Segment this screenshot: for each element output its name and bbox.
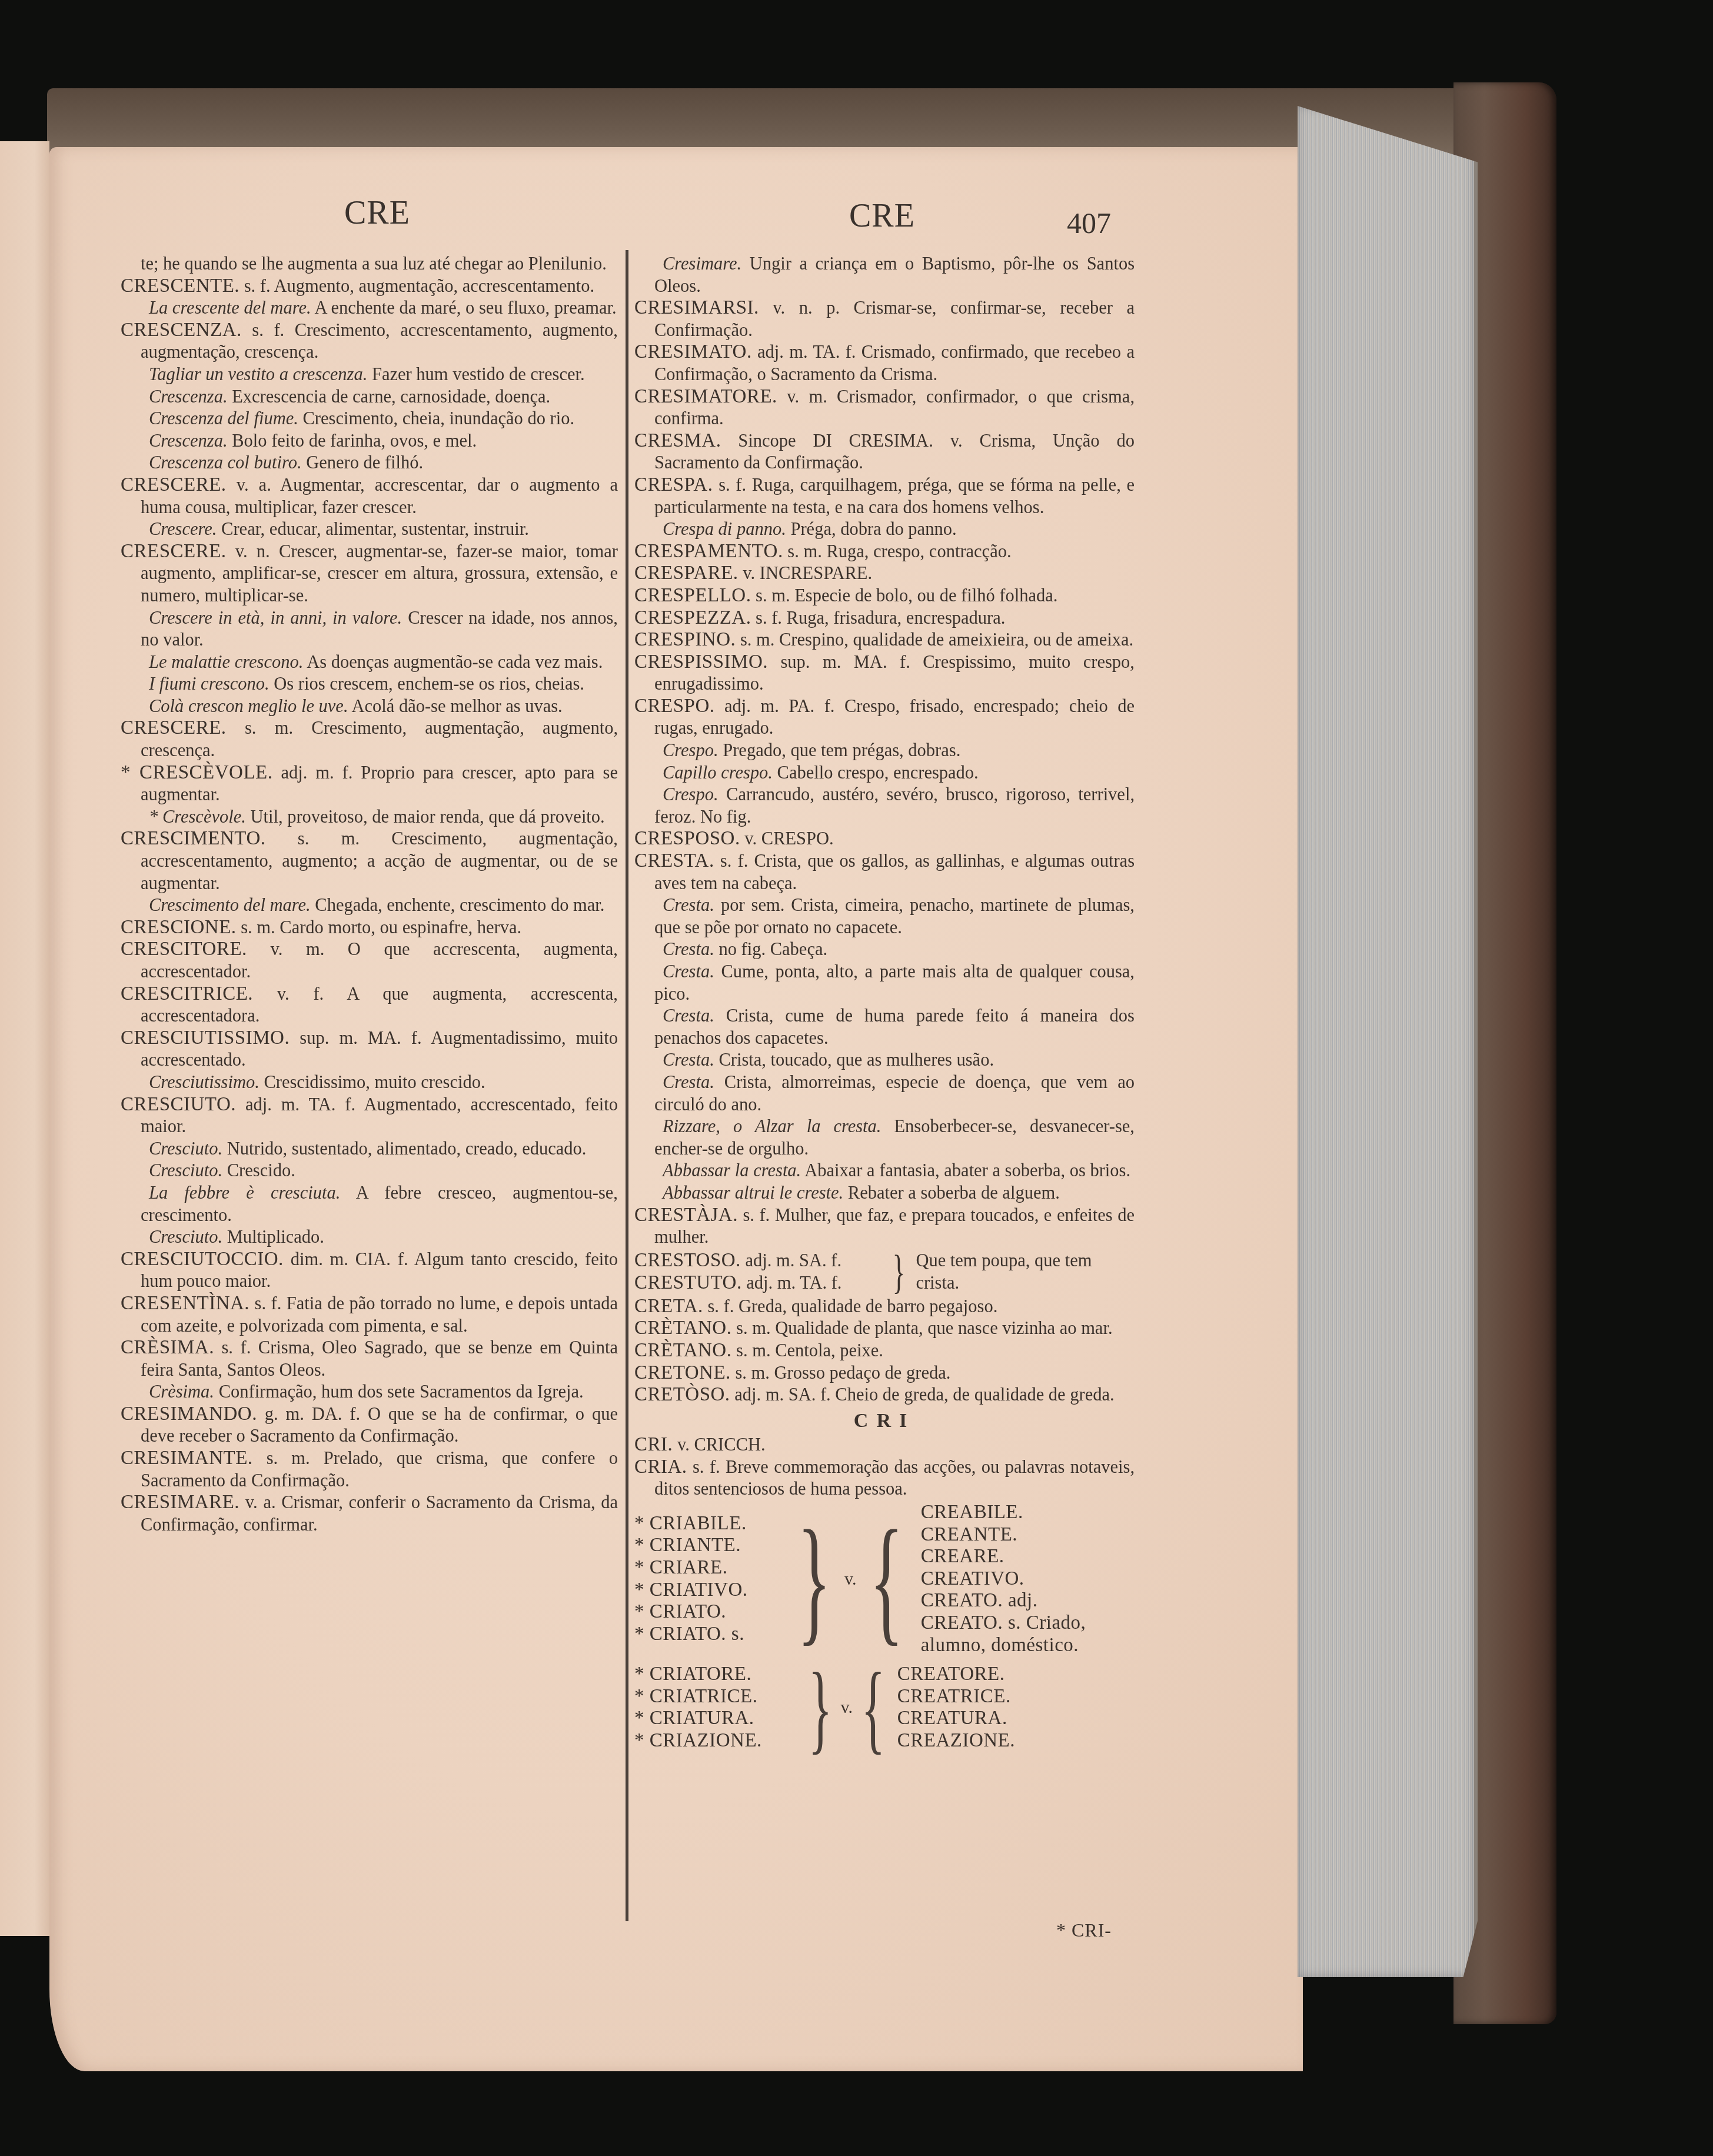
left-column: te; he quando se lhe augmenta a sua luz … [121,253,618,1536]
entry-subsense: te; he quando se lhe augmenta a sua luz … [121,253,618,275]
dictionary-entry: CRESPARE. v. INCRESPARE. [634,563,1135,585]
italian-phrase: Cresta. [663,961,714,981]
entry-definition: Sincope DI CRESIMA. v. Crisma, Unção do … [654,431,1135,473]
variant-headword: * CRIANTE. [634,1535,780,1557]
dictionary-entry: CRESPOSO. v. CRESPO. [634,828,1135,850]
entry-headword: CRESCITRICE. [121,983,253,1004]
entry-headword: CRESIMATORE. [634,386,777,407]
entry-subsense: Cresta. Cume, ponta, alto, a parte mais … [634,961,1135,1005]
dictionary-entry: CRESIMATORE. v. m. Crismador, confirmado… [634,386,1135,430]
dictionary-entry: CRESCIONE. s. m. Cardo morto, ou espinaf… [121,917,618,939]
italian-phrase: Cresta. [663,1050,714,1070]
entry-headword: CRESTOSO. [634,1250,741,1271]
see-also-marker: v. [844,1568,857,1591]
italian-phrase: Colà crescon meglio le uve. [149,696,348,716]
dictionary-entry: CRESPISSIMO. sup. m. MA. f. Crespissimo,… [634,651,1135,696]
entry-headword: CRESTÀJA. [634,1205,738,1226]
entry-definition: s. f. Crista, que os gallos, as gallinha… [654,851,1135,893]
entry-headword: CRÈTANO. [634,1340,731,1361]
entry-definition: Acolá dão-se melhor as uvas. [351,696,562,716]
entry-headword: CRESPARE. [634,563,739,584]
dictionary-entry: CRÈTANO. s. m. Centola, peixe. [634,1340,1135,1362]
entry-subsense: Crèsima. Confirmação, hum dos sete Sacra… [121,1381,618,1403]
variant-headword: * CRIATO. [634,1601,780,1623]
variant-headword: * CRIATO. s. [634,1623,780,1646]
italian-phrase: Crescenza. [149,431,228,451]
entry-definition: Genero de filhó. [306,453,423,473]
entry-headword: CRESTUTO. [634,1272,742,1293]
entry-headword: CRESPISSIMO. [634,651,768,673]
entry-subsense: Crescenza. Excrescencia de carne, carnos… [121,386,618,408]
entry-grammar: adj. m. SA. f. [746,1250,842,1270]
italian-phrase: Cresta. [663,895,714,915]
italian-phrase: Cresta. [663,939,714,959]
running-head-right: CRE [849,197,915,235]
entry-headword: CRESIMANTE. [121,1448,253,1469]
entry-definition: te; he quando se lhe augmenta a sua luz … [141,254,607,274]
dictionary-entry: CRI. v. CRICCH. [634,1434,1135,1456]
entry-subsense: Tagliar un vestito a crescenza. Fazer hu… [121,364,618,386]
entry-headword: CRETÒSO. [634,1384,730,1405]
entry-subsense: Abbassar la cresta. Abaixar a fantasia, … [634,1160,1135,1182]
dictionary-entry: CRESPA. s. f. Ruga, carquilhagem, préga,… [634,474,1135,518]
entry-definition: v. INCRESPARE. [743,563,872,583]
italian-phrase: Crescenza del fiume. [149,408,298,428]
entry-headword: CRESCIMENTO. [121,828,266,849]
italian-phrase: * Crescèvole. [149,807,246,827]
entry-subsense: Colà crescon meglio le uve. Acolá dão-se… [121,696,618,718]
entry-subsense: Cresta. por sem. Crista, cimeira, penach… [634,894,1135,939]
entry-definition: Crista, almorreimas, especie de doença, … [654,1072,1135,1114]
entry-headword: CRESPO. [634,696,714,717]
dictionary-entry: CRESIMANDO. g. m. DA. f. O que se ha de … [121,1403,618,1448]
variant-headword: * CRIARE. [634,1557,780,1579]
dictionary-entry: CRESCIMENTO. s. m. Crescimento, augmenta… [121,828,618,894]
italian-phrase: Abbassar altrui le creste. [663,1183,843,1203]
dictionary-entry: CRESPEZZA. s. f. Ruga, frisadura, encres… [634,607,1135,630]
entry-headword: CRESCIONE. [121,917,237,938]
italian-phrase: Crescenza. [149,387,228,407]
dictionary-entry: CRETONE. s. m. Grosso pedaço de greda. [634,1362,1135,1385]
entry-definition: Bolo feito de farinha, ovos, e mel. [232,431,477,451]
dictionary-entry: CRESIMARE. v. a. Crismar, conferir o Sac… [121,1492,618,1536]
section-heading-cri: CRI [634,1410,1135,1432]
entry-definition: adj. m. PA. f. Crespo, frisado, encrespa… [654,696,1135,738]
entry-subsense: Cresciutissimo. Crescidissimo, muito cre… [121,1072,618,1094]
entry-headword: CRESPELLO. [634,585,751,606]
italian-phrase: Crescimento del mare. [149,895,311,915]
cross-ref-targets: CREATORE.CREATRICE.CREATURA.CREAZIONE. [897,1663,1135,1752]
facing-page-edge [0,141,49,1936]
see-also-marker: v. [841,1696,853,1719]
dictionary-entry: CRESIMATO. adj. m. TA. f. Crismado, conf… [634,341,1135,385]
cross-ref-variants: * CRIABILE.* CRIANTE.* CRIARE.* CRIATIVO… [634,1513,780,1646]
dictionary-entry: CRESCITRICE. v. f. A que augmenta, accre… [121,983,618,1027]
column-divider-rule [626,250,628,1921]
dictionary-entry: CRESCERE. s. m. Crescimento, augmentação… [121,717,618,761]
entry-subsense: Cresta. no fig. Cabeça. [634,939,1135,961]
italian-phrase: Crespo. [663,784,719,804]
entry-headword: CRESPINO. [634,629,736,650]
entry-definition: s. m. Cardo morto, ou espinafre, herva. [241,917,521,937]
dictionary-entry: CRESIMARSI. v. n. p. Crismar-se, confirm… [634,297,1135,341]
brace-symbol: } [808,1658,832,1758]
entry-headword: CRÈTANO. [634,1317,731,1339]
entry-definition: no fig. Cabeça. [719,939,827,959]
entry-grammar: adj. m. TA. f. [746,1273,841,1293]
italian-phrase: Rizzare, o Alzar la cresta. [663,1116,881,1136]
entry-definition: Chegada, enchente, crescimento do mar. [315,895,604,915]
running-head-left: CRE [344,194,410,232]
entry-headword: CRESMA. [634,430,721,451]
entry-definition: por sem. Crista, cimeira, penacho, marti… [654,895,1135,937]
italian-phrase: Cresciuto. [149,1160,222,1180]
brace-symbol: { [862,1658,886,1758]
entry-definition: s. m. Crespino, qualidade de ameixieira,… [740,630,1133,650]
entry-definition: s. f. Augmento, augmentação, accrescenta… [244,276,594,296]
entry-subsense: Cresta. Crista, almorreimas, especie de … [634,1072,1135,1116]
entry-headword: CRESCENZA. [121,320,242,341]
dictionary-entry: CRESCERE. v. a. Augmentar, accrescentar,… [121,474,618,518]
page-block-edges [1298,106,1478,1977]
brace-symbol: } [797,1509,831,1650]
cross-reference-group: * CRIATORE.* CRIATRICE.* CRIATURA.* CRIA… [634,1658,1135,1758]
italian-phrase: Cresta. [663,1006,714,1026]
entry-definition: Préga, dobra do panno. [790,519,956,539]
entry-subsense: Crescenza col butiro. Genero de filhó. [121,452,618,474]
italian-phrase: Cresta. [663,1072,714,1092]
italian-phrase: Cresciutissimo. [149,1072,260,1092]
entry-headword: CRETONE. [634,1362,731,1383]
entry-definition: Nutrido, sustentado, alimentado, creado,… [227,1139,587,1159]
dictionary-entry: CRETA. s. f. Greda, qualidade de barro p… [634,1296,1135,1318]
paired-entry: CRESTOSO. adj. m. SA. f. [634,1250,882,1272]
italian-phrase: Abbassar la cresta. [663,1160,801,1180]
entry-definition: s. m. Ruga, crespo, contracção. [787,541,1011,561]
cross-ref-targets: CREABILE.CREANTE.CREARE.CREATIVO.CREATO.… [921,1502,1135,1656]
entry-subsense: Crescere in età, in anni, in valore. Cre… [121,607,618,651]
entry-subsense: Crescere. Crear, educar, alimentar, sust… [121,518,618,541]
italian-phrase: Cresciuto. [149,1227,222,1247]
entry-headword: CRESIMARE. [121,1492,240,1513]
italian-phrase: La febbre è cresciuta. [149,1183,340,1203]
dictionary-entry: CRETÒSO. adj. m. SA. f. Cheio de greda, … [634,1384,1135,1406]
entry-headword: CRESCIUTOCCIO. [121,1249,284,1270]
italian-phrase: Cresimare. [663,254,741,274]
entry-definition: Multiplicado. [227,1227,324,1247]
entry-definition: s. f. Ruga, carquilhagem, préga, que se … [654,475,1135,517]
entry-definition: Confirmação, hum dos sete Sacramentos da… [219,1382,584,1402]
entry-headword: CRI. [634,1434,673,1455]
italian-phrase: Crespo. [663,740,719,760]
entry-headword: CRESCITORE. [121,939,247,960]
entry-subsense: Cresciuto. Nutrido, sustentado, alimenta… [121,1138,618,1160]
entry-headword: CRESCIUTISSIMO. [121,1027,290,1049]
entry-definition: Fazer hum vestido de crescer. [372,364,585,384]
entry-definition: Abaixar a fantasia, abater a soberba, os… [804,1160,1130,1180]
entry-headword: CRESPOSO. [634,828,740,849]
variant-headword: * CRIATRICE. [634,1686,796,1708]
entry-definition: Os rios crescem, enchem-se os rios, chei… [274,674,584,694]
entry-subsense: Le malattie crescono. As doenças augment… [121,651,618,674]
entry-definition: s. f. Greda, qualidade de barro pegajoso… [707,1296,997,1316]
variant-headword: * CRIABILE. [634,1513,780,1535]
italian-phrase: Crescere. [149,519,217,539]
italian-phrase: Crescere in età, in anni, in valore. [149,608,402,628]
entry-definition: Excrescencia de carne, carnosidade, doen… [232,387,550,407]
entry-headword: CRESIMATO. [634,341,752,362]
catchword: * CRI- [1056,1919,1112,1941]
entry-subsense: Crespo. Carrancudo, austéro, sevéro, bru… [634,784,1135,828]
entry-definition: adj. m. SA. f. Cheio de greda, de qualid… [734,1385,1114,1405]
target-headword: CREANTE. [921,1524,1135,1546]
page-number: 407 [1067,206,1111,240]
entry-definition: v. CRICCH. [677,1435,766,1455]
italian-phrase: Crespa di panno. [663,519,786,539]
dictionary-entry: * CRESCÈVOLE. adj. m. f. Proprio para cr… [121,762,618,806]
dictionary-entry: CRESIMANTE. s. m. Prelado, que crisma, q… [121,1448,618,1492]
shared-definition: Que tem poupa, que tem crista. [916,1250,1110,1294]
target-headword: CREATORE. [897,1663,1135,1686]
dictionary-entry: CRESPAMENTO. s. m. Ruga, crespo, contrac… [634,541,1135,563]
right-column: Cresimare. Ungir a criança em o Baptismo… [634,253,1135,1759]
dictionary-entry: CRESTÀJA. s. f. Mulher, que faz, e prepa… [634,1205,1135,1249]
italian-phrase: Tagliar un vestito a crescenza. [149,364,367,384]
entry-definition: v. CRESPO. [744,829,833,849]
dictionary-entry: CRESCERE. v. n. Crescer, augmentar-se, f… [121,541,618,607]
entry-headword: CRESIMANDO. [121,1403,257,1425]
dictionary-entry: CRÈSIMA. s. f. Crisma, Oleo Sagrado, que… [121,1337,618,1381]
target-headword: CREATO. adj. [921,1590,1135,1612]
entry-headword: CRÈSIMA. [121,1337,214,1358]
italian-phrase: I fiumi crescono. [149,674,270,694]
entry-subsense: La crescente del mare. A enchente da mar… [121,297,618,320]
dictionary-entry: CRESENTÌNA. s. f. Fatia de pão torrado n… [121,1293,618,1337]
target-headword: CREATRICE. [897,1686,1135,1708]
entry-headword: CRESIMARSI. [634,297,759,318]
entry-definition: s. f. Breve commemoração das acções, ou … [654,1457,1135,1499]
entry-subsense: Cresciuto. Crescido. [121,1160,618,1182]
entry-definition: s. m. Grosso pedaço de greda. [735,1363,950,1383]
paired-entry: CRESTUTO. adj. m. TA. f. [634,1272,882,1295]
entry-subsense: * Crescèvole. Util, proveitoso, de maior… [121,806,618,829]
entry-subsense: Cresimare. Ungir a criança em o Baptismo… [634,253,1135,297]
entry-headword: CRETA. [634,1296,703,1317]
entry-subsense: Crescenza. Bolo feito de farinha, ovos, … [121,430,618,453]
dictionary-entry: CRESPELLO. s. m. Especie de bolo, ou de … [634,585,1135,607]
entry-subsense: Crescimento del mare. Chegada, enchente,… [121,894,618,917]
italian-phrase: Capillo crespo. [663,763,773,783]
dictionary-entry: CRESTA. s. f. Crista, que os gallos, as … [634,850,1135,894]
entry-definition: Crescidissimo, muito crescido. [264,1072,485,1092]
entry-headword: CRESPEZZA. [634,607,751,628]
entry-headword: CRESPA. [634,474,713,495]
entry-subsense: La febbre è cresciuta. A febre cresceo, … [121,1182,618,1226]
entry-headword: CRESCERE. [121,717,227,738]
entry-subsense: Crescenza del fiume. Crescimento, cheia,… [121,408,618,430]
target-headword: CREAZIONE. [897,1730,1135,1752]
entry-definition: Carrancudo, austéro, sevéro, brusco, rig… [654,784,1135,827]
cross-reference-group: * CRIABILE.* CRIANTE.* CRIARE.* CRIATIVO… [634,1502,1135,1656]
italian-phrase: Crèsima. [149,1382,214,1402]
entry-subsense: Cresta. Crista, toucado, que as mulheres… [634,1049,1135,1072]
italian-phrase: Crescenza col butiro. [149,453,302,473]
entry-headword: * CRESCÈVOLE. [121,762,272,783]
entry-subsense: Cresta. Crista, cume de huma parede feit… [634,1005,1135,1049]
target-headword: CREABILE. [921,1502,1135,1524]
entry-headword: CRESCIUTO. [121,1094,236,1115]
entry-definition: Crista, toucado, que as mulheres usão. [719,1050,994,1070]
dictionary-entry: CRESMA. Sincope DI CRESIMA. v. Crisma, U… [634,430,1135,474]
italian-phrase: Cresciuto. [149,1139,222,1159]
entry-headword: CRESCENTE. [121,275,240,297]
entry-definition: s. m. Qualidade de planta, que nasce viz… [736,1318,1112,1338]
variant-headword: * CRIATORE. [634,1663,796,1686]
entry-definition: As doenças augmentão-se cada vez mais. [307,652,603,672]
entry-subsense: Capillo crespo. Cabello crespo, encrespa… [634,762,1135,784]
dictionary-entry: CRESCIUTISSIMO. sup. m. MA. f. Augmentad… [121,1027,618,1072]
entry-definition: s. m. Especie de bolo, ou de filhó folha… [756,585,1057,605]
dictionary-entry: CRESCITORE. v. m. O que accrescenta, aug… [121,939,618,983]
entry-subsense: Rizzare, o Alzar la cresta. Ensoberbecer… [634,1116,1135,1160]
entry-definition: Crescido. [227,1160,295,1180]
entry-headword: CRESPAMENTO. [634,541,783,562]
entry-subsense: Crespa di panno. Préga, dobra do panno. [634,518,1135,541]
target-headword: CREATURA. [897,1708,1135,1730]
entry-headword: CRESENTÌNA. [121,1293,250,1314]
dictionary-entry: CRESCIUTOCCIO. dim. m. CIA. f. Algum tan… [121,1249,618,1293]
dictionary-entry: CRESCENTE. s. f. Augmento, augmentação, … [121,275,618,298]
target-headword: CREATO. s. Criado, alumno, doméstico. [921,1612,1135,1656]
entry-subsense: Crespo. Pregado, que tem prégas, dobras. [634,740,1135,762]
variant-headword: * CRIATIVO. [634,1579,780,1602]
entry-definition: Util, proveitoso, de maior renda, que dá… [251,807,605,827]
dictionary-entry: CRESPO. adj. m. PA. f. Crespo, frisado, … [634,696,1135,740]
variant-headword: * CRIAZIONE. [634,1730,796,1752]
dictionary-entry: CRESPINO. s. m. Crespino, qualidade de a… [634,629,1135,651]
entry-definition: s. m. Centola, peixe. [736,1340,883,1360]
dictionary-entry: CRESCENZA. s. f. Crescimento, accrescent… [121,320,618,364]
cross-ref-variants: * CRIATORE.* CRIATRICE.* CRIATURA.* CRIA… [634,1663,796,1752]
entry-definition: A enchente da maré, o seu fluxo, preamar… [315,298,617,318]
dictionary-entry: CRIA. s. f. Breve commemoração das acçõe… [634,1456,1135,1500]
entry-headword: CRIA. [634,1456,687,1478]
entry-definition: Crista, cume de huma parede feito á mane… [654,1006,1135,1048]
brace-symbol: { [870,1509,904,1650]
entry-definition: s. f. Ruga, frisadura, encrespadura. [756,608,1005,628]
dictionary-entry: CRESCIUTO. adj. m. TA. f. Augmentado, ac… [121,1094,618,1138]
target-headword: CREARE. [921,1546,1135,1568]
entry-subsense: Cresciuto. Multiplicado. [121,1226,618,1249]
dictionary-entry: CRÈTANO. s. m. Qualidade de planta, que … [634,1317,1135,1340]
entry-headword: CRESTA. [634,850,714,871]
brace-symbol: } [893,1249,905,1296]
entry-definition: Cabello crespo, encrespado. [777,763,979,783]
entry-definition: Cume, ponta, alto, a parte mais alta de … [654,961,1135,1004]
entry-definition: Crescimento, cheia, inundação do rio. [302,408,574,428]
target-headword: CREATIVO. [921,1568,1135,1591]
paired-entries-brace: CRESTOSO. adj. m. SA. f.CRESTUTO. adj. m… [634,1249,1135,1296]
italian-phrase: Le malattie crescono. [149,652,303,672]
entry-subsense: I fiumi crescono. Os rios crescem, enche… [121,673,618,696]
entry-subsense: Abbassar altrui le creste. Rebater a sob… [634,1182,1135,1205]
entry-definition: Rebater a soberba de alguem. [848,1183,1060,1203]
paired-headwords: CRESTOSO. adj. m. SA. f.CRESTUTO. adj. m… [634,1250,882,1294]
italian-phrase: La crescente del mare. [149,298,311,318]
entry-definition: Pregado, que tem prégas, dobras. [723,740,960,760]
entry-definition: Crear, educar, alimentar, sustentar, ins… [221,519,529,539]
variant-headword: * CRIATURA. [634,1708,796,1730]
entry-headword: CRESCERE. [121,474,227,495]
entry-headword: CRESCERE. [121,541,227,562]
